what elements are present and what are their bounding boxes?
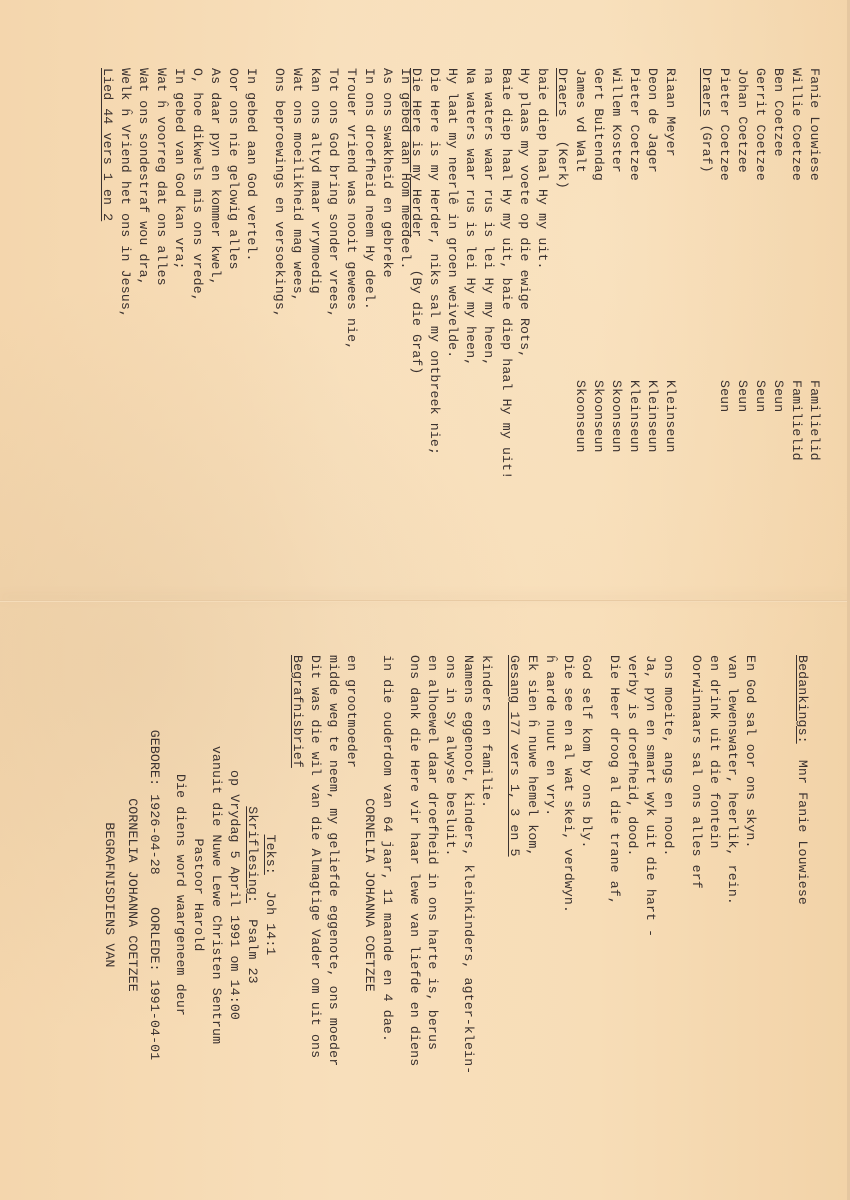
bearer-row: James vd WaltSkoonseun: [572, 68, 589, 173]
song-line: Tot ons God bring sonder vrees,: [325, 68, 342, 318]
letter-line: en grootmoeder: [343, 655, 360, 768]
bearer-relation: Skoonseun: [608, 380, 625, 453]
song-line: As ons swakheid en gebreke: [379, 68, 396, 278]
family-line: kinders en familie.: [478, 655, 495, 808]
bearer-name: Willie Coetzee: [789, 68, 804, 181]
bearer-name: Ben Coetzee: [771, 68, 786, 157]
hymn-line: Ja, pyn en smart wyk uit die hart -: [642, 655, 659, 937]
bearer-name: Willem Koster: [609, 68, 624, 173]
bearer-relation: Kleinseun: [644, 380, 661, 453]
song-line: Wat ĥ voorreg dat ons alles: [153, 68, 170, 286]
bearer-name: Riaan Meyer: [663, 68, 678, 157]
hymn-line: Die see en al wat skei, verdwyn.: [560, 655, 577, 913]
psalm-line: Die Here is my Herder, niks sal my ontbr…: [426, 68, 443, 455]
hymn-line: God self kom by ons bly.: [578, 655, 595, 849]
song-line: Kan ons altyd maar vrymoedig: [307, 68, 324, 294]
hymn-line: van lewenswater, heerlik, rein.: [724, 655, 741, 905]
thanks-line: Ons dank die Here vir haar lewe van lief…: [406, 655, 423, 1066]
hymn-line: verby is droefheid, dood.: [624, 655, 641, 857]
song-line: Wat ons moeilikheid mag wees,: [289, 68, 306, 302]
bearer-row: Pieter CoetzeeKleinseun: [626, 68, 643, 181]
thanks-line: en alhoewel daar droefheid in ons harte …: [424, 655, 441, 1050]
psalm-line: na waters waar rus is lei Hy my heen,: [480, 68, 497, 366]
bearer-row: Gerrit CoetzeeSeun: [752, 68, 769, 181]
song-line: As daar pyn en kommer kwel,: [207, 68, 224, 286]
service-title: BEGRAFNISDIENS VAN: [101, 680, 118, 1110]
psalm-line: baie diep haal Hy my uit.: [534, 68, 551, 270]
life-dates: GEBORE: 1926-04-28 OORLEDE: 1991-04-01: [146, 680, 163, 1110]
family-line: Namens eggenoot, kinders, kleinkinders, …: [460, 655, 477, 1074]
bearer-name: Pieter Coetzee: [717, 68, 732, 181]
psalm-line: Na waters waar rus is lei Hy my heen,: [462, 68, 479, 366]
bearer-name: Deon de Jager: [645, 68, 660, 173]
bearer-row: Ben CoetzeeSeun: [770, 68, 787, 157]
bearers-grave-heading: Draers (Graf): [698, 68, 715, 173]
bearer-relation: Familielid: [788, 380, 805, 461]
bearer-relation: Kleinseun: [662, 380, 679, 453]
bearer-relation: Familielid: [806, 380, 823, 461]
bearer-row: Johan CoetzeeSeun: [734, 68, 751, 173]
fold-line: [0, 600, 850, 602]
hymn-line: ĥ aarde nuut en vry.: [542, 655, 559, 816]
hymn-line: Oorwinnaars sal ons alles erf: [688, 655, 705, 889]
scripture-reading: Skriflesing: Psalm 23: [244, 680, 261, 1110]
letter-age: in die ouderdom van 64 jaar, 11 maande e…: [379, 655, 396, 1042]
bearer-name: Gert Buitendag: [591, 68, 606, 181]
hymn-line: Die Heer droog al die trane af,: [606, 655, 623, 905]
bearer-name: Fanie Louwiese: [807, 68, 822, 181]
venue-line: vanuit die Nuwe Lewe Christen Sentrum: [208, 680, 225, 1110]
song-line: In gebed van God kan vra;: [171, 68, 188, 270]
acknowledgements: Bedankings: Mnr Fanie Louwiese: [794, 655, 811, 905]
psalm-heading: Die Here is my Herder (By die Graf): [408, 68, 425, 374]
date-time-line: op Vrydag 5 April 1991 om 14:00: [226, 680, 243, 1110]
bearer-relation: Seun: [716, 380, 733, 412]
song-heading: Lied 44 vers 1 en 2: [99, 68, 116, 221]
hymn-line: ons moeite, angs en nood.: [660, 655, 677, 857]
psalm-line: Hy laat my neerlê in groen weivelde.: [444, 68, 461, 358]
bearer-row: Deon de JagerKleinseun: [644, 68, 661, 173]
psalm-line: Baie diep haal Hy my uit, baie diep haal…: [498, 68, 515, 479]
song-line: In gebed aan God vertel.: [243, 68, 260, 262]
letter-line: Dit was die wil van die Almagtige Vader …: [307, 655, 324, 1058]
bearer-row: Willem KosterSkoonseun: [608, 68, 625, 173]
bearer-relation: Skoonseun: [590, 380, 607, 453]
song-line: O, hoe dikwels mis ons vrede,: [189, 68, 206, 302]
song-line: Trouer vriend was nooit gewees nie,: [343, 68, 360, 350]
thanks-line: ons in Sy alwyse besluit.: [442, 655, 459, 857]
bearer-relation: Seun: [770, 380, 787, 412]
letter-line: midde weg te neem, my geliefde eggenote,…: [325, 655, 342, 1066]
bearer-relation: Seun: [734, 380, 751, 412]
bearers-church-heading: Draers (Kerk): [554, 68, 571, 189]
song-line: Wat ons sondestraf wou dra,: [135, 68, 152, 286]
hymn-line: En God sal oor ons skyn.: [742, 655, 759, 849]
psalm-line: Hy plaas my voete op die ewige Rots,: [516, 68, 533, 358]
bearer-name: Pieter Coetzee: [627, 68, 642, 181]
bearer-name: James vd Walt: [573, 68, 588, 173]
bearer-relation: Kleinseun: [626, 380, 643, 453]
bearer-relation: Skoonseun: [572, 380, 589, 453]
song-line: Oor ons nie gelowig alles: [225, 68, 242, 270]
bearer-relation: Seun: [752, 380, 769, 412]
hymn-heading: Gesang 177 vers 1, 3 en 5: [506, 655, 523, 857]
pastor-name: Pastoor Harold: [190, 680, 207, 1110]
hymn-line: Ek sien ĥ nuwe hemel kom,: [524, 655, 541, 857]
bearer-row: Gert BuitendagSkoonseun: [590, 68, 607, 181]
bearer-row: Pieter CoetzeeSeun: [716, 68, 733, 181]
bearer-row: Fanie LouwieseFamilielid: [806, 68, 823, 181]
letter-heading: Begrafnisbrief: [289, 655, 306, 768]
bearer-name: Gerrit Coetzee: [753, 68, 768, 181]
bearer-row: Willie CoetzeeFamilielid: [788, 68, 805, 181]
song-line: In ons droefheid neem Hy deel.: [361, 68, 378, 310]
deceased-name: CORNELIA JOHANNA COETZEE: [124, 680, 141, 1110]
song-line: Welk ĥ Vriend het ons in Jesus,: [117, 68, 134, 318]
bearer-row: Riaan MeyerKleinseun: [662, 68, 679, 157]
song-line: Ons beproewings en versoekings,: [271, 68, 288, 318]
letter-name: CORNELIA JOHANNA COETZEE: [361, 680, 378, 1110]
officiant-line: Die diens word waargeneem deur: [172, 680, 189, 1110]
sermon-text: Teks: Joh 14:1: [262, 680, 279, 1110]
hymn-line: en drink uit die fontein: [706, 655, 723, 849]
bearer-name: Johan Coetzee: [735, 68, 750, 173]
